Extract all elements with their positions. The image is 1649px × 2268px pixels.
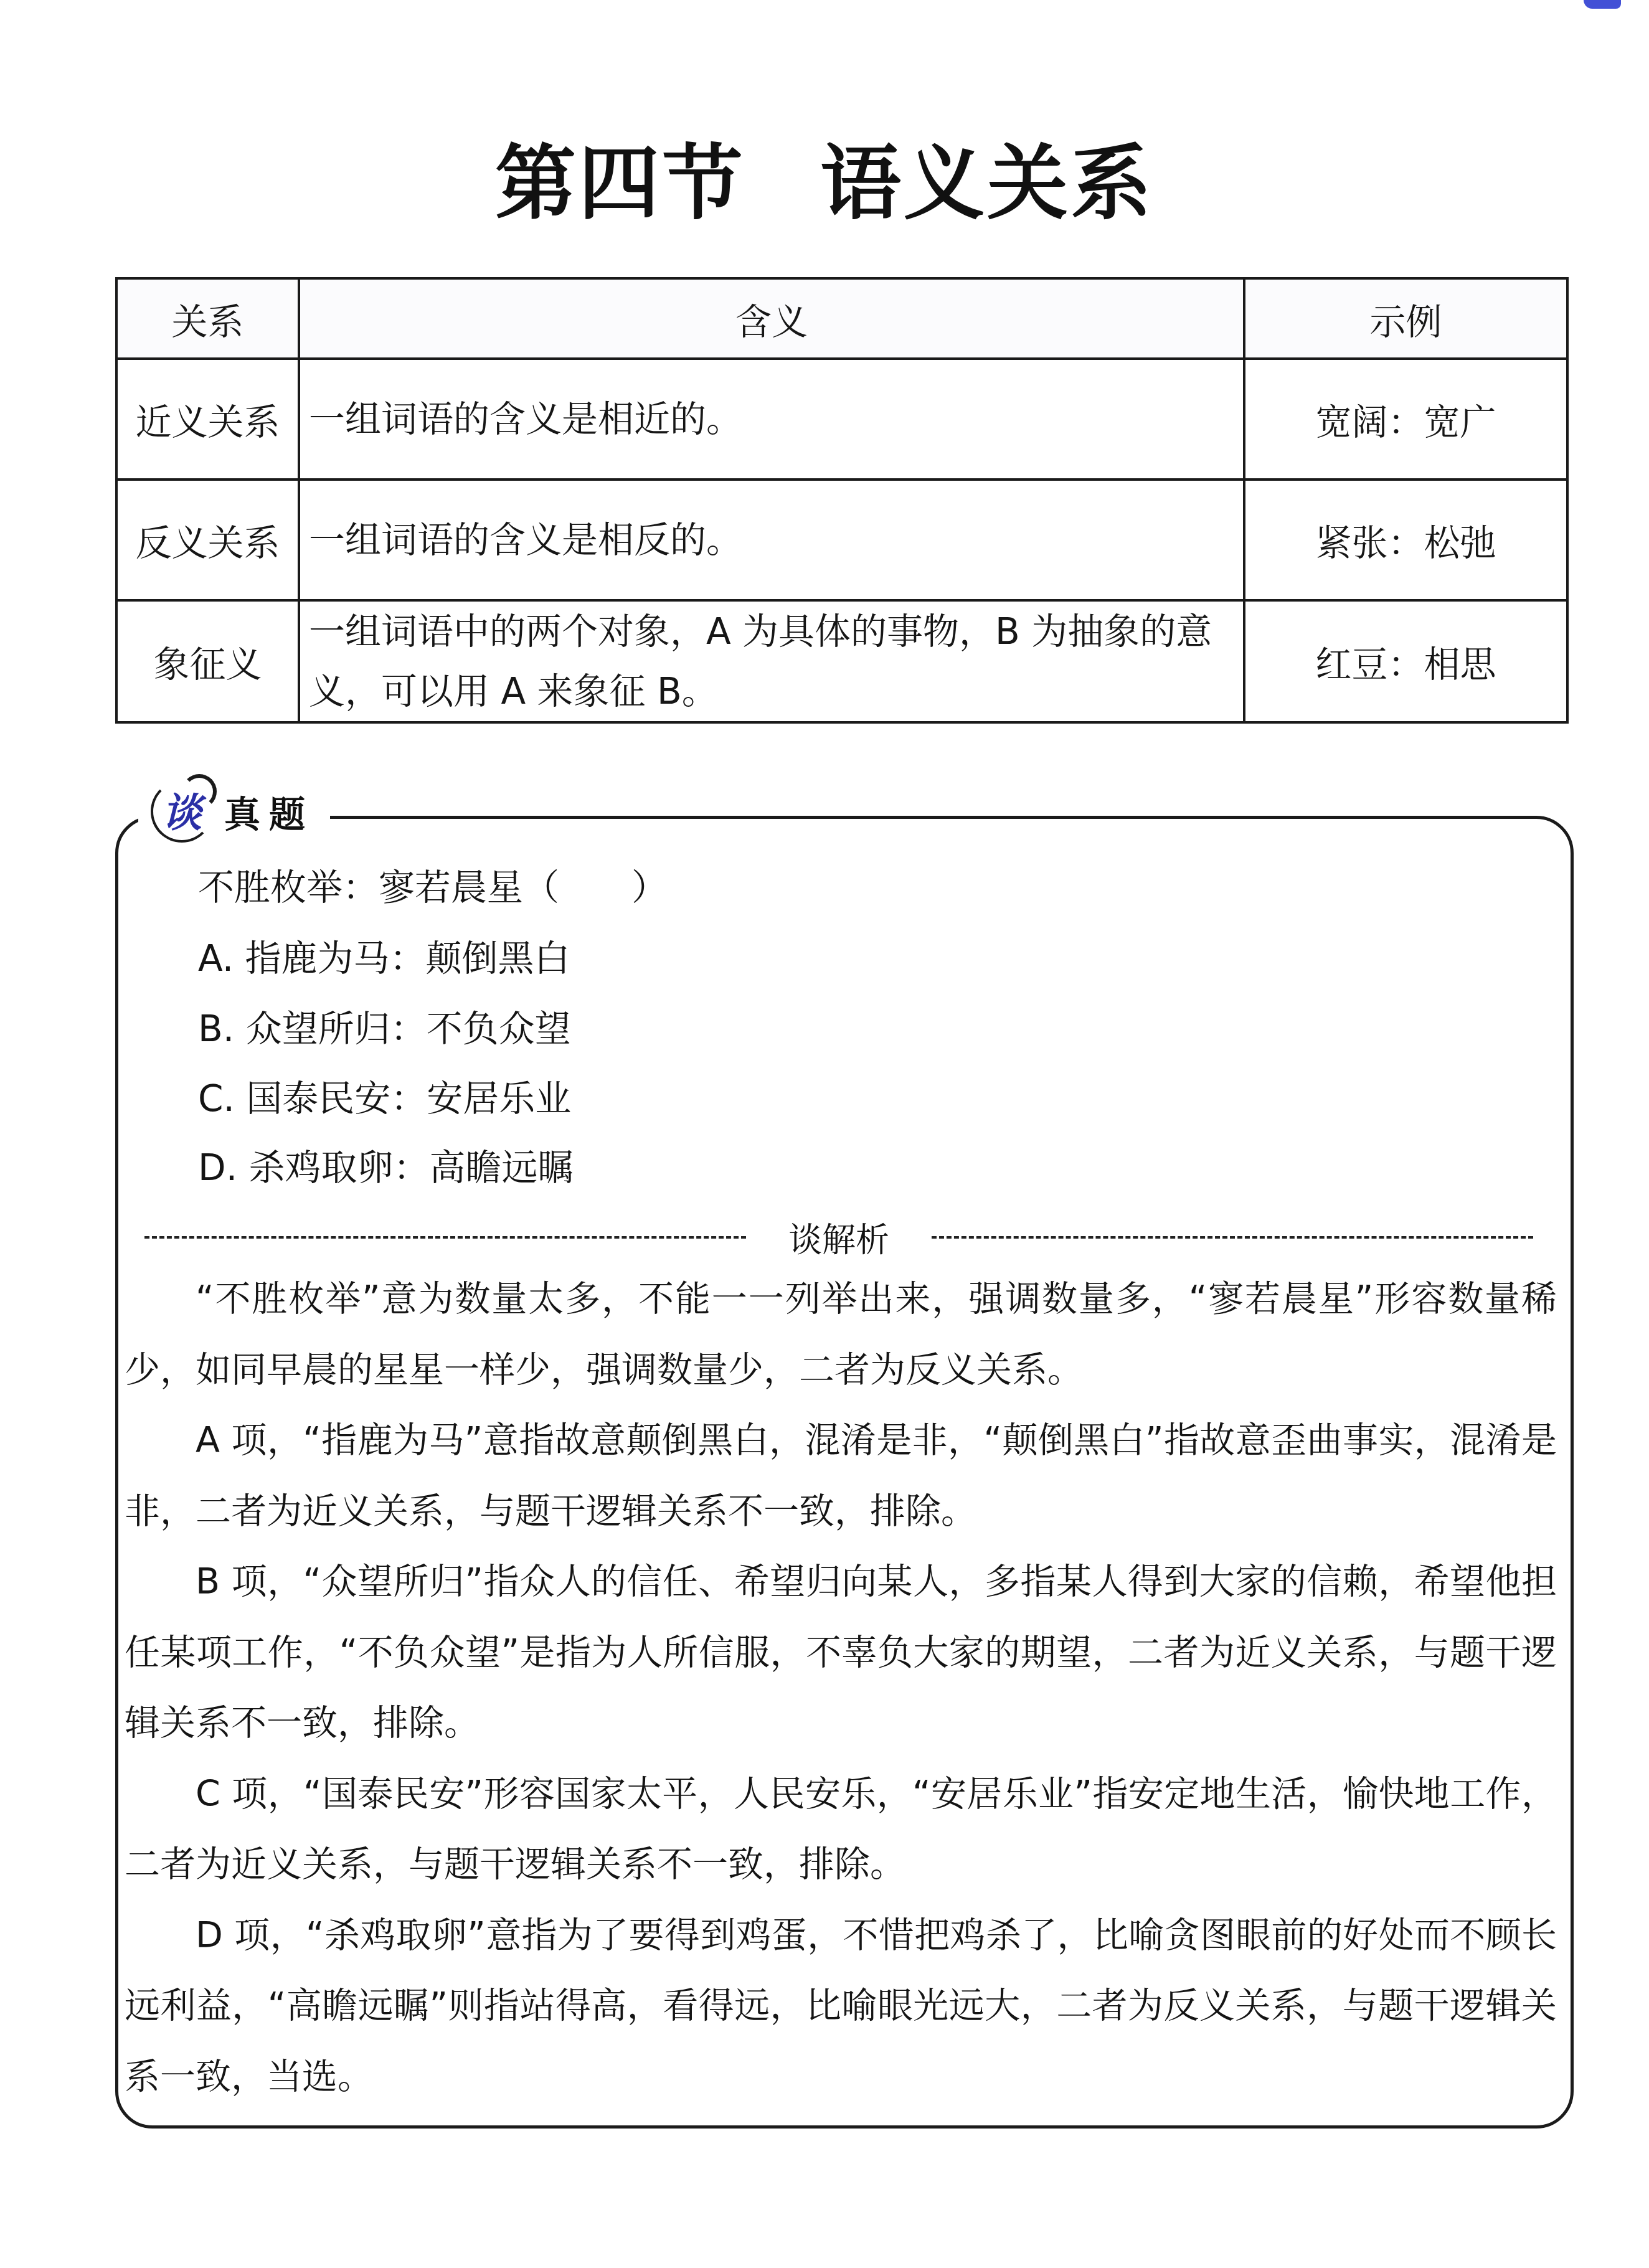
header-meaning: 含义 xyxy=(299,278,1244,359)
table-row: 反义关系 一组词语的含义是相反的。 紧张：松弛 xyxy=(116,480,1567,600)
analysis-separator: 谈解析 xyxy=(144,1216,1533,1259)
meaning-cell: 一组词语的含义是相近的。 xyxy=(299,359,1244,480)
analysis-body: “不胜枚举”意为数量太多，不能一一列举出来，强调数量多，“寥若晨星”形容数量稀少… xyxy=(125,1264,1557,2112)
semantic-relations-table: 关系 含义 示例 近义关系 一组词语的含义是相近的。 宽阔：宽广 反义关系 一组… xyxy=(115,277,1569,724)
exam-badge: 谈 真题 xyxy=(138,777,330,846)
table-row: 象征义 一组词语中的两个对象，A 为具体的事物，B 为抽象的意义，可以用 A 来… xyxy=(116,600,1567,722)
speech-talk-icon: 谈 xyxy=(151,780,213,843)
dashed-rule-left xyxy=(144,1236,746,1239)
table-header-row: 关系 含义 示例 xyxy=(116,278,1567,359)
corner-mark xyxy=(1584,0,1621,9)
table-row: 近义关系 一组词语的含义是相近的。 宽阔：宽广 xyxy=(116,359,1567,480)
relation-cell: 反义关系 xyxy=(116,480,299,600)
example-cell: 红豆：相思 xyxy=(1244,600,1567,722)
signal-wave-icon xyxy=(182,774,217,809)
analysis-paragraph: B 项，“众望所归”指众人的信任、希望归向某人，多指某人得到大家的信赖，希望他担… xyxy=(125,1547,1557,1759)
relation-cell: 近义关系 xyxy=(116,359,299,480)
analysis-paragraph: D 项，“杀鸡取卵”意指为了要得到鸡蛋，不惜把鸡杀了，比喻贪图眼前的好处而不顾长… xyxy=(125,1901,1557,2113)
meaning-cell: 一组词语中的两个对象，A 为具体的事物，B 为抽象的意义，可以用 A 来象征 B… xyxy=(299,600,1244,722)
option-b: B. 众望所归：不负众望 xyxy=(198,999,571,1052)
option-d: D. 杀鸡取卵：高瞻远瞩 xyxy=(198,1138,574,1191)
relation-cell: 象征义 xyxy=(116,600,299,722)
title-topic: 语义关系 xyxy=(820,135,1154,230)
question-stem: 不胜枚举：寥若晨星（ ） xyxy=(198,858,668,910)
example-cell: 紧张：松弛 xyxy=(1244,480,1567,600)
header-relation: 关系 xyxy=(116,278,299,359)
analysis-paragraph: “不胜枚举”意为数量太多，不能一一列举出来，强调数量多，“寥若晨星”形容数量稀少… xyxy=(125,1264,1557,1406)
title-section-number: 第四节 xyxy=(495,135,745,230)
option-c: C. 国泰民安：安居乐业 xyxy=(198,1069,571,1122)
analysis-label: 谈解析 xyxy=(746,1214,932,1262)
page-title: 第四节语义关系 xyxy=(0,118,1649,235)
meaning-cell: 一组词语的含义是相反的。 xyxy=(299,480,1244,600)
option-a: A. 指鹿为马：颠倒黑白 xyxy=(198,929,570,981)
example-cell: 宽阔：宽广 xyxy=(1244,359,1567,480)
header-example: 示例 xyxy=(1244,278,1567,359)
badge-label: 真题 xyxy=(224,785,314,838)
analysis-paragraph: A 项，“指鹿为马”意指故意颠倒黑白，混淆是非，“颠倒黑白”指故意歪曲事实，混淆… xyxy=(125,1406,1557,1547)
dashed-rule-right xyxy=(932,1236,1533,1239)
analysis-paragraph: C 项，“国泰民安”形容国家太平，人民安乐，“安居乐业”指安定地生活，愉快地工作… xyxy=(125,1759,1557,1901)
